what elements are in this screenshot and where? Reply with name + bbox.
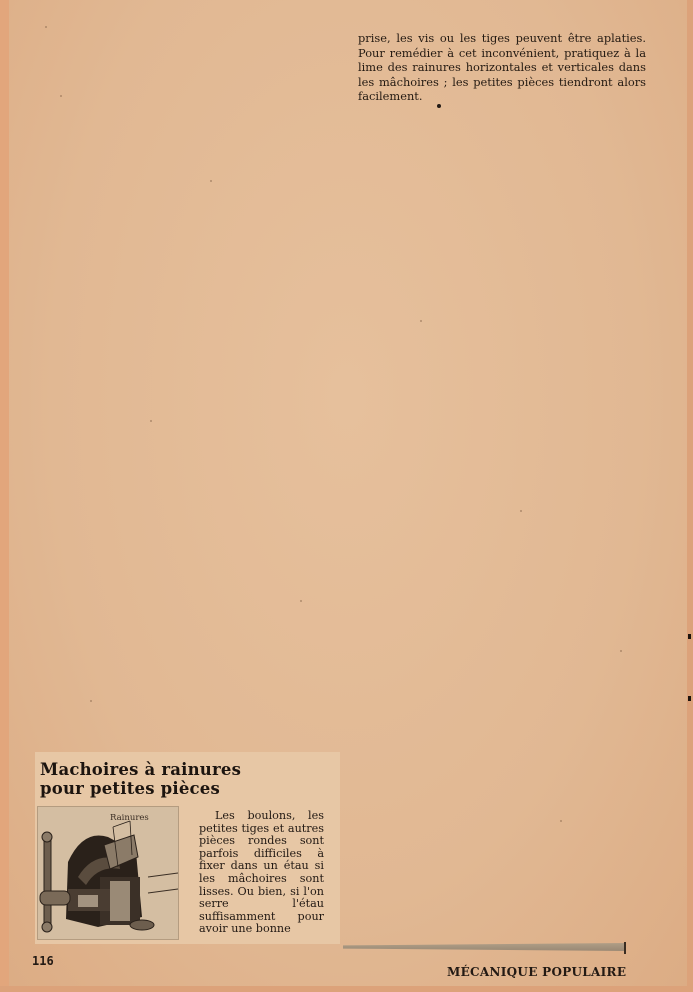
magazine-name: MÉCANIQUE POPULAIRE [447, 965, 626, 979]
paper-speck [90, 700, 92, 702]
paper-speck [150, 420, 152, 422]
article-title-line-2: pour petites pièces [40, 779, 340, 798]
divider-rule [343, 943, 626, 951]
bullet-mark [437, 104, 441, 108]
paper-speck [45, 26, 47, 28]
article-title: Machoires à rainures pour petites pièces [40, 760, 340, 798]
vise-illustration: Rainures [37, 806, 179, 940]
page-edge-left [0, 0, 9, 992]
continued-paragraph: prise, les vis ou les tiges peuvent être… [358, 31, 646, 104]
page-edge-right [687, 0, 693, 992]
paper-speck [60, 95, 62, 97]
margin-mark [688, 634, 691, 639]
divider-rule-end [624, 942, 626, 954]
paper-speck [420, 320, 422, 322]
page-number: 116 [32, 954, 54, 968]
article-body: Les boulons, les petites tiges et autres… [199, 810, 324, 936]
paper-speck [560, 820, 562, 822]
article-body-paragraph: Les boulons, les petites tiges et autres… [199, 810, 324, 936]
article-title-line-1: Machoires à rainures [40, 760, 340, 779]
illustration-label: Rainures [110, 813, 149, 823]
bench-vise-icon [38, 807, 178, 939]
page-edge-bottom [0, 986, 693, 992]
continued-text-column: prise, les vis ou les tiges peuvent être… [358, 31, 646, 104]
paper-speck [210, 180, 212, 182]
paper-speck [300, 600, 302, 602]
margin-mark [688, 696, 691, 701]
paper-speck [520, 510, 522, 512]
magazine-page: prise, les vis ou les tiges peuvent être… [0, 0, 693, 992]
paper-speck [620, 650, 622, 652]
